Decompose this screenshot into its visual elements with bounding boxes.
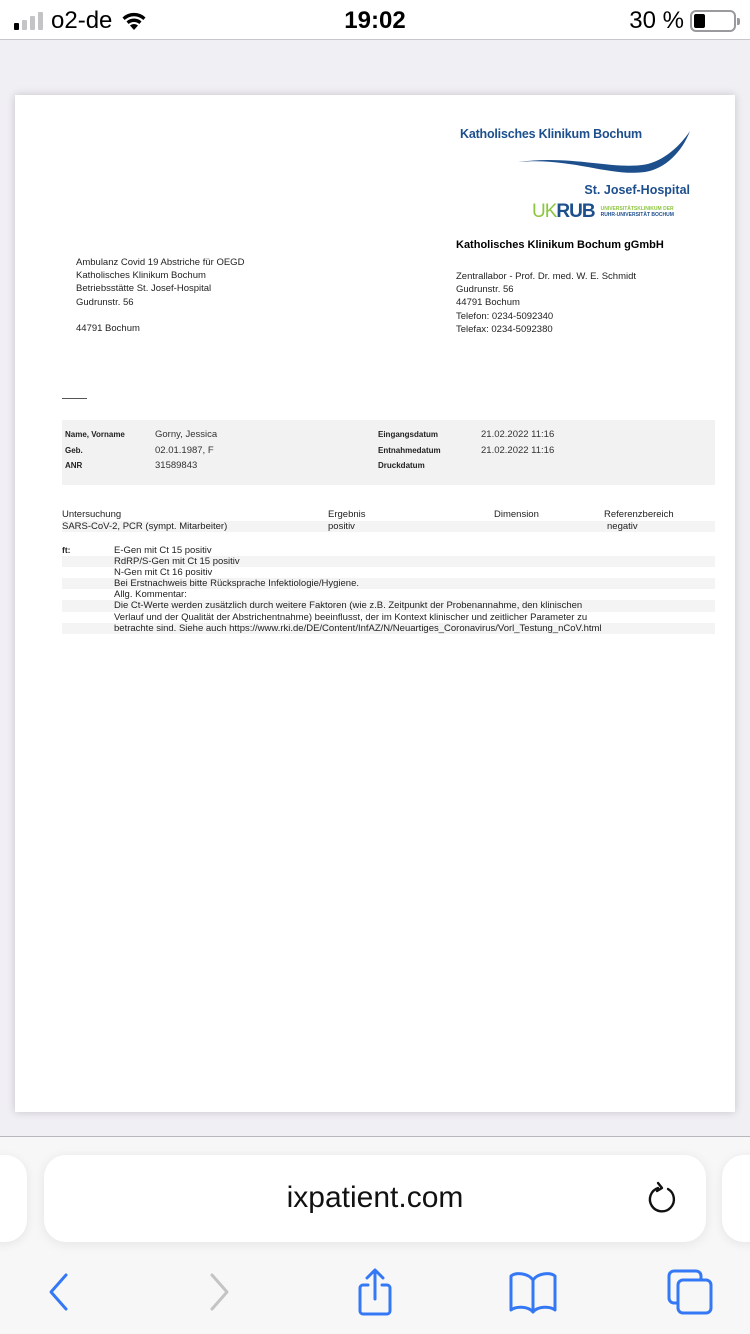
- hospital-name: St. Josef-Hospital: [584, 183, 690, 197]
- reload-icon[interactable]: [646, 1181, 680, 1217]
- test-result: positiv: [328, 521, 355, 532]
- finding-line: Allg. Kommentar:: [62, 589, 715, 600]
- next-tab-peek[interactable]: [722, 1155, 750, 1242]
- finding-line: Verlauf und der Qualität der Abstrichent…: [62, 612, 715, 623]
- status-right: 30 %: [629, 7, 736, 35]
- finding-line: RdRP/S-Gen mit Ct 15 positiv: [62, 556, 715, 567]
- previous-tab-peek[interactable]: [0, 1155, 27, 1242]
- url-text[interactable]: ixpatient.com: [44, 1181, 706, 1215]
- battery-level: [694, 14, 705, 28]
- divider: [62, 398, 87, 399]
- findings-label: ft:: [62, 545, 71, 556]
- clinic-logo: Katholisches Klinikum Bochum: [460, 127, 700, 187]
- patient-name: Gorny, Jessica: [155, 427, 217, 443]
- address-bar[interactable]: ixpatient.com: [44, 1155, 706, 1242]
- anr-label: ANR: [65, 458, 125, 474]
- table-row: SARS-CoV-2, PCR (sympt. Mitarbeiter) pos…: [62, 521, 715, 533]
- received-label: Eingangsdatum: [378, 427, 441, 443]
- share-button[interactable]: [350, 1267, 400, 1317]
- sampled-date: 21.02.2022 11:16: [481, 443, 554, 459]
- tabs-icon: [666, 1268, 714, 1316]
- battery-percent: 30 %: [629, 7, 684, 35]
- finding-line: N-Gen mit Ct 16 positiv: [62, 567, 715, 578]
- patient-dob: 02.01.1987, F: [155, 443, 217, 459]
- browser-toolbar: ixpatient.com: [0, 1136, 750, 1334]
- pdf-page: Katholisches Klinikum Bochum St. Josef-H…: [15, 95, 735, 1112]
- battery-icon: [690, 10, 736, 32]
- status-bar: o2-de 19:02 30 %: [0, 0, 750, 40]
- patient-anr: 31589843: [155, 458, 217, 474]
- bookmarks-button[interactable]: [508, 1267, 558, 1317]
- finding-line: Bei Erstnachweis bitte Rücksprache Infek…: [62, 578, 715, 589]
- patient-info-box: Name, Vorname Geb. ANR Gorny, Jessica 02…: [62, 420, 715, 485]
- book-icon: [508, 1270, 558, 1314]
- test-name: SARS-CoV-2, PCR (sympt. Mitarbeiter): [62, 521, 227, 532]
- recipient-address: Ambulanz Covid 19 Abstriche für OEGD Kat…: [76, 256, 244, 335]
- results-header: Untersuchung Ergebnis Dimension Referenz…: [62, 509, 715, 521]
- received-date: 21.02.2022 11:16: [481, 427, 554, 443]
- name-label: Name, Vorname: [65, 427, 125, 443]
- forward-button[interactable]: [195, 1267, 245, 1317]
- dob-label: Geb.: [65, 443, 125, 459]
- sender-address: Zentrallabor - Prof. Dr. med. W. E. Schm…: [456, 270, 636, 336]
- back-button[interactable]: [33, 1267, 83, 1317]
- chevron-left-icon: [46, 1272, 70, 1312]
- organization-name: Katholisches Klinikum Bochum gGmbH: [456, 239, 664, 251]
- sampled-label: Entnahmedatum: [378, 443, 441, 459]
- ukrub-logo: UK RUB UNIVERSITÄTSKLINIKUM DER RUHR-UNI…: [532, 201, 674, 223]
- share-icon: [355, 1267, 395, 1317]
- wave-swoosh-icon: [460, 127, 700, 187]
- finding-line: betrachte sind. Siehe auch https://www.r…: [62, 623, 715, 634]
- results-table: Untersuchung Ergebnis Dimension Referenz…: [62, 509, 715, 532]
- finding-line: Die Ct-Werte werden zusätzlich durch wei…: [62, 600, 715, 611]
- tabs-button[interactable]: [665, 1267, 715, 1317]
- finding-line: ft: E-Gen mit Ct 15 positiv: [62, 545, 715, 556]
- chevron-right-icon: [208, 1272, 232, 1312]
- test-reference: negativ: [607, 521, 638, 532]
- findings-text: ft: E-Gen mit Ct 15 positiv RdRP/S-Gen m…: [62, 545, 715, 634]
- printed-label: Druckdatum: [378, 458, 441, 474]
